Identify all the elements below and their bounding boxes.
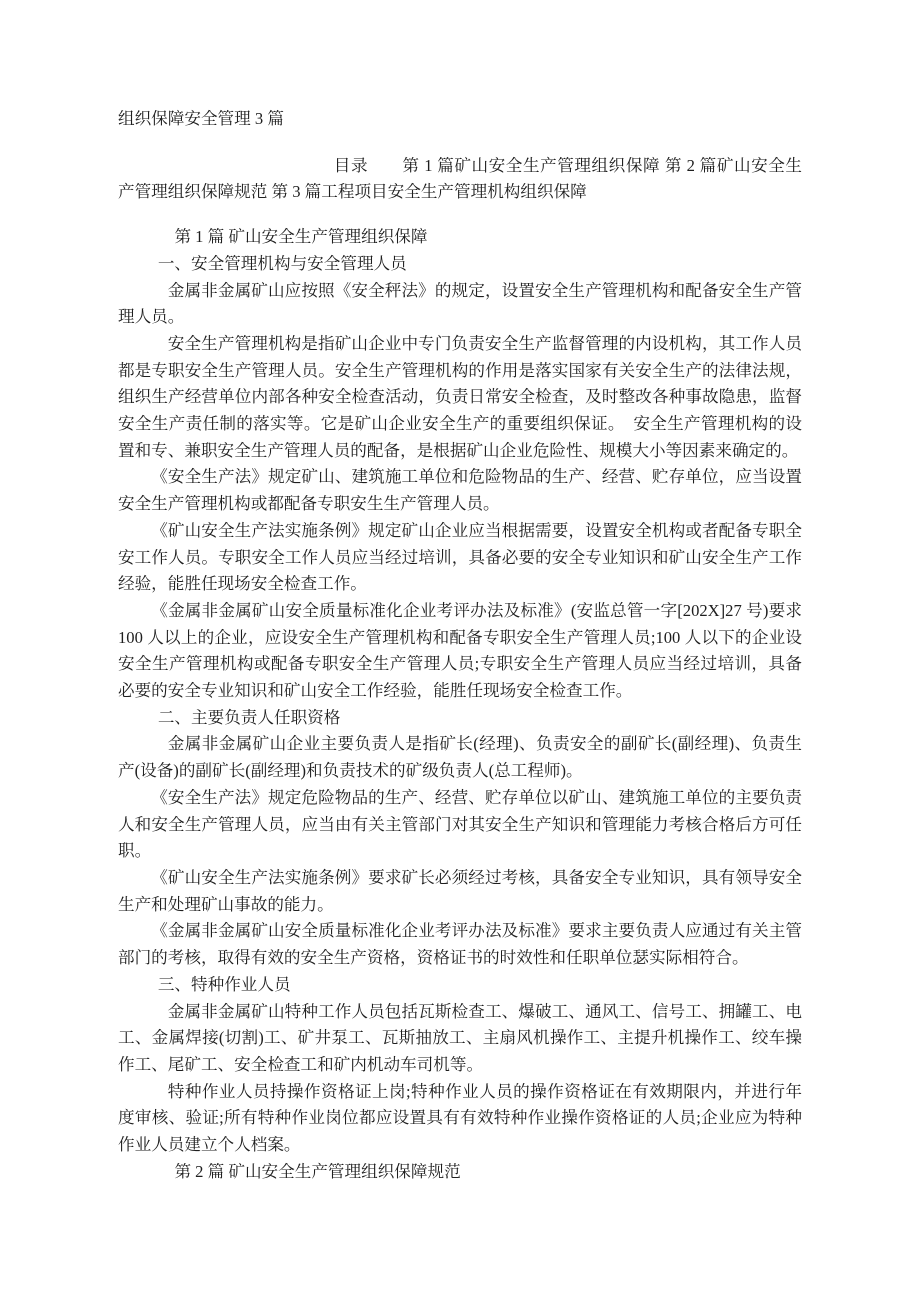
document-page: 组织保障安全管理 3 篇 目录 第 1 篇矿山安全生产管理组织保障 第 2 篇矿… — [0, 0, 920, 1302]
paragraph: 金属非金属矿山特种工作人员包括瓦斯检查工、爆破工、通风工、信号工、拥罐工、电工、… — [118, 999, 802, 1079]
paragraph: 《安全生产法》规定矿山、建筑施工单位和危险物品的生产、经营、贮存单位，应当设置安… — [118, 464, 802, 517]
paragraph: 《矿山安全生产法实施条例》要求矿长必须经过考核，具备安全专业知识，具有领导安全生… — [118, 865, 802, 918]
section-heading-3: 三、特种作业人员 — [118, 972, 802, 999]
chapter-heading-1: 第 1 篇 矿山安全生产管理组织保障 — [118, 224, 802, 251]
paragraph: 金属非金属矿山应按照《安全秤法》的规定，设置安全生产管理机构和配备安全生产管理人… — [118, 278, 802, 331]
paragraph: 安全生产管理机构是指矿山企业中专门负责安全生产监督管理的内设机构，其工作人员都是… — [118, 331, 802, 465]
document-title: 组织保障安全管理 3 篇 — [118, 106, 802, 133]
paragraph: 《金属非金属矿山安全质量标准化企业考评办法及标准》(安监总管一字[202X]27… — [118, 598, 802, 705]
section-heading-2: 二、主要负责人任职资格 — [118, 705, 802, 732]
paragraph: 《矿山安全生产法实施条例》规定矿山企业应当根据需要，设置安全机构或者配备专职全安… — [118, 518, 802, 598]
paragraph: 金属非金属矿山企业主要负责人是指矿长(经理)、负责安全的副矿长(副经理)、负责生… — [118, 731, 802, 784]
paragraph: 特种作业人员持操作资格证上岗;特种作业人员的操作资格证在有效期限内，并进行年度审… — [118, 1079, 802, 1159]
chapter-heading-2: 第 2 篇 矿山安全生产管理组织保障规范 — [118, 1159, 802, 1186]
toc-line: 目录 第 1 篇矿山安全生产管理组织保障 第 2 篇矿山安全生产管理组织保障规范… — [118, 153, 802, 206]
paragraph: 《金属非金属矿山安全质量标准化企业考评办法及标准》要求主要负责人应通过有关主管部… — [118, 918, 802, 971]
section-heading-1: 一、安全管理机构与安全管理人员 — [118, 251, 802, 278]
paragraph: 《安全生产法》规定危险物品的生产、经营、贮存单位以矿山、建筑施工单位的主要负责人… — [118, 785, 802, 865]
